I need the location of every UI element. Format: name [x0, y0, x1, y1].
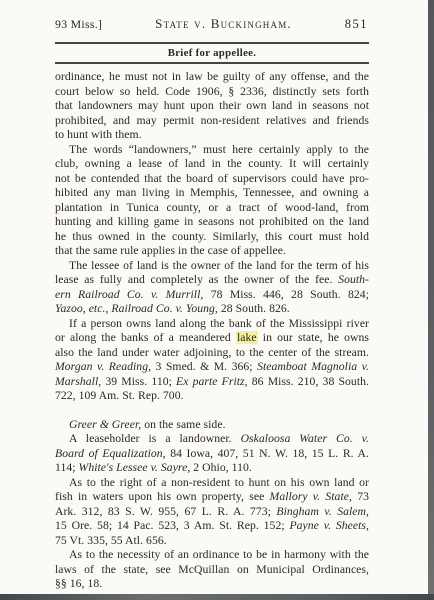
text-segment: White's Lessee v. Sayre,: [79, 461, 191, 474]
text-segment: laws of the state, see McQuillan on Muni…: [55, 563, 369, 576]
text-line: lease as fully and completely as the own…: [55, 273, 369, 288]
text-line: hunting and killing game in seasons not …: [55, 215, 369, 230]
text-line: Ark. 312, 83 S. W. 955, 67 L. R. A. 773;…: [55, 505, 369, 520]
volume-label: 93 Miss.]: [55, 17, 102, 32]
text-line: hibited any man living in Memphis, Tenne…: [55, 186, 369, 201]
text-segment: As to the right of a non-resident to hun…: [69, 476, 369, 489]
text-segment: 114;: [55, 461, 79, 474]
text-segment: fish in waters upon his own property, se…: [55, 490, 270, 503]
text-line: The words “landowners,” must here certai…: [55, 143, 369, 158]
page-header: 93 Miss.] State v. Buckingham. 851: [55, 16, 368, 32]
scanned-page: 93 Miss.] State v. Buckingham. 851 Brief…: [0, 0, 434, 600]
text-line: 15 Ore. 58; 14 Pac. 523, 3 Am. St. Rep. …: [55, 519, 369, 534]
text-segment: South-: [338, 273, 369, 286]
text-line: or along the banks of a meandered lake i…: [55, 331, 369, 346]
page-number: 851: [345, 17, 368, 32]
text-segment: court below so held. Code 1906, § 2336, …: [55, 85, 369, 98]
text-line: that the same rule applies in the case o…: [55, 244, 369, 259]
text-segment: Payne v. Sheets,: [289, 519, 369, 532]
text-segment: he thus owned in the county. Similarly, …: [55, 230, 369, 243]
highlighted-term: lake: [236, 331, 258, 344]
scan-edge-bottom: [0, 594, 434, 600]
text-segment: 39 Miss. 110;: [101, 375, 176, 388]
text-segment: in our state, he owns: [258, 331, 369, 344]
text-line: 114; White's Lessee v. Sayre, 2 Ohio, 11…: [55, 461, 369, 476]
text-segment: A leaseholder is a landowner.: [69, 432, 241, 445]
text-line: As to the necessity of an ordinance to b…: [55, 548, 369, 563]
text-segment: The lessee of land is the owner of the l…: [69, 259, 369, 272]
text-line: plantation in Tunica county, or a tract …: [55, 201, 369, 216]
text-segment: 84 Iowa, 407, 51 N. W. 18, 15 L. R. A.: [166, 447, 369, 460]
text-segment: on the same side.: [141, 418, 225, 431]
text-segment: Marshall,: [55, 375, 101, 388]
text-line: court below so held. Code 1906, § 2336, …: [55, 85, 369, 100]
text-segment: Morgan v. Reading,: [55, 360, 151, 373]
text-segment: also the land under water adjoining, to …: [55, 346, 369, 359]
text-body: ordinance, he must not in law be guilty …: [55, 70, 369, 592]
text-line: If a person owns land along the bank of …: [55, 317, 369, 332]
text-segment: ordinance, he must not in law be guilty …: [55, 70, 369, 83]
text-segment: 73: [352, 490, 369, 503]
text-segment: Yazoo, etc., Railroad Co. v. Young,: [55, 302, 218, 315]
text-line: §§ 16, 18.: [55, 577, 369, 592]
text-line: As to the right of a non-resident to hun…: [55, 476, 369, 491]
text-segment: 78 Miss. 446, 28 South. 824;: [203, 288, 369, 301]
text-line: The lessee of land is the owner of the l…: [55, 259, 369, 274]
text-segment: 86 Miss. 210, 38 South.: [248, 375, 369, 388]
scan-edge-right: [428, 0, 434, 600]
text-line: prohibited, and may permit non-resident …: [55, 114, 369, 129]
text-segment: As to the necessity of an ordinance to b…: [69, 548, 369, 561]
text-segment: lease as fully and completely as the own…: [55, 273, 338, 286]
text-line: Morgan v. Reading, 3 Smed. & M. 366; Ste…: [55, 360, 369, 375]
text-segment: plantation in Tunica county, or a tract …: [55, 201, 369, 214]
text-line: Yazoo, etc., Railroad Co. v. Young, 28 S…: [55, 302, 369, 317]
text-segment: that the same rule applies in the case o…: [55, 244, 286, 257]
text-line: laws of the state, see McQuillan on Muni…: [55, 563, 369, 578]
text-segment: hunting and killing game in seasons not …: [55, 215, 369, 228]
text-line: ordinance, he must not in law be guilty …: [55, 70, 369, 85]
text-segment: club, owning a lease of land in the coun…: [55, 157, 369, 170]
text-segment: hibited any man living in Memphis, Tenne…: [55, 186, 369, 199]
text-segment: 75 Vt. 335, 55 Atl. 656.: [55, 534, 167, 547]
text-line: to hunt with them.: [55, 128, 369, 143]
text-line: 75 Vt. 335, 55 Atl. 656.: [55, 534, 369, 549]
text-segment: §§ 16, 18.: [55, 577, 102, 590]
text-segment: Greer & Greer,: [69, 418, 141, 431]
text-segment: Oskaloosa Water Co. v.: [241, 432, 369, 445]
header-rule-bottom: [55, 62, 369, 64]
text-line: 722, 109 Am. St. Rep. 700.: [55, 389, 369, 404]
text-segment: 2 Ohio, 110.: [190, 461, 252, 474]
text-segment: prohibited, and may permit non-resident …: [55, 114, 369, 127]
text-line: ern Railroad Co. v. Murrill, 78 Miss. 44…: [55, 288, 369, 303]
text-line: A leaseholder is a landowner. Oskaloosa …: [55, 432, 369, 447]
text-line: fish in waters upon his own property, se…: [55, 490, 369, 505]
text-segment: not be contended that the board of super…: [55, 172, 369, 185]
text-segment: 15 Ore. 58; 14 Pac. 523, 3 Am. St. Rep. …: [55, 519, 289, 532]
text-segment: ern Railroad Co. v. Murrill,: [55, 288, 203, 301]
header-rule-top: [55, 42, 369, 44]
text-line: Board of Equalization, 84 Iowa, 407, 51 …: [55, 447, 369, 462]
text-line: club, owning a lease of land in the coun…: [55, 157, 369, 172]
text-segment: 3 Smed. & M. 366;: [151, 360, 257, 373]
text-segment: Steamboat Magnolia v.: [257, 360, 369, 373]
text-segment: or along the banks of a meandered: [55, 331, 236, 344]
text-segment: Mallory v. State,: [270, 490, 352, 503]
case-title: State v. Buckingham.: [155, 16, 292, 32]
text-segment: Bingham v. Salem,: [276, 505, 369, 518]
text-segment: 722, 109 Am. St. Rep. 700.: [55, 389, 184, 402]
text-line: he thus owned in the county. Similarly, …: [55, 230, 369, 245]
text-segment: The words “landowners,” must here certai…: [69, 143, 369, 156]
text-line: Greer & Greer, on the same side.: [55, 418, 369, 433]
text-line: Marshall, 39 Miss. 110; Ex parte Fritz, …: [55, 375, 369, 390]
text-segment: Ark. 312, 83 S. W. 955, 67 L. R. A. 773;: [55, 505, 276, 518]
text-segment: to hunt with them.: [55, 128, 142, 141]
text-segment: that landowners may hunt upon their own …: [55, 99, 369, 112]
text-segment: Board of Equalization,: [55, 447, 166, 460]
text-line: not be contended that the board of super…: [55, 172, 369, 187]
running-head: Brief for appellee.: [55, 47, 369, 59]
text-segment: 28 South. 826.: [218, 302, 290, 315]
text-line: that landowners may hunt upon their own …: [55, 99, 369, 114]
text-segment: If a person owns land along the bank of …: [69, 317, 369, 330]
text-segment: Ex parte Fritz,: [176, 375, 248, 388]
text-line: also the land under water adjoining, to …: [55, 346, 369, 361]
